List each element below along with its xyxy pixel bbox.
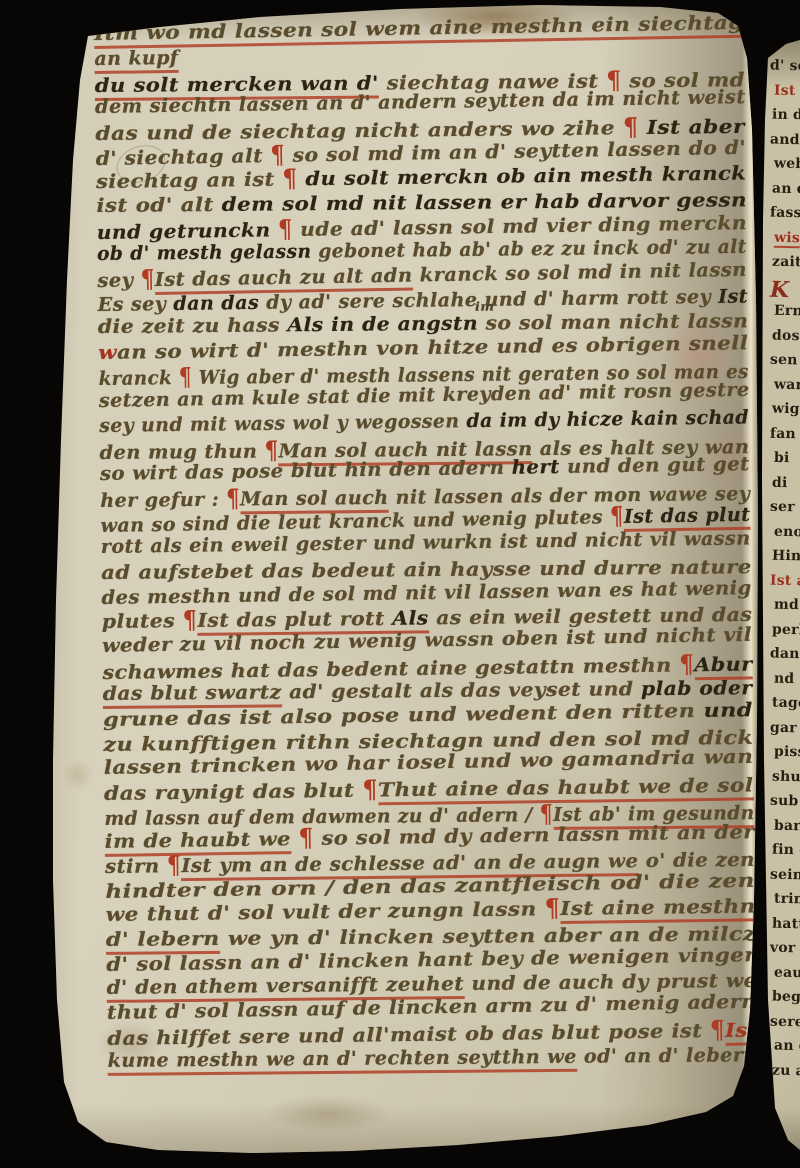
script-text: ist od' alt [96, 194, 222, 217]
rubric-underlined-text: d' lebern [106, 928, 220, 955]
edge-word-fragment: sen [770, 352, 798, 369]
script-text: od' an d' lebern [577, 1044, 758, 1068]
edge-word-fragment: wan [774, 376, 800, 393]
edge-word-fragment: trin [774, 891, 800, 908]
script-text: siechtag an ist [96, 168, 283, 192]
script-text: das raynigt das blut [104, 779, 363, 804]
edge-word-fragment: md a [774, 597, 800, 614]
edge-word-fragment: fin d [772, 842, 800, 859]
script-text: we thut d' sol vult der zungn lassn [106, 898, 545, 926]
rubric-underlined-text: Itm wo md lassen sol wem aine mesthn ein… [94, 12, 744, 49]
script-text: w [98, 342, 117, 364]
script-text: ad' gestalt als das veyset und [281, 678, 641, 703]
edge-word-fragment: in de [772, 107, 800, 124]
edge-word-fragment: gar [770, 719, 797, 736]
text-line: das raynigt das blut ¶Thut aine das haub… [104, 773, 754, 804]
script-text: hert [511, 456, 567, 479]
text-line: an kupf [94, 47, 178, 70]
edge-word-fragment: wigt [772, 401, 800, 418]
edge-word-fragment: d' sol [770, 58, 800, 75]
pilcrow-mark: ¶ [362, 776, 378, 803]
edge-word-fragment: Hin [772, 548, 800, 565]
edge-word-fragment: web r [774, 156, 800, 173]
edge-word-fragment: Ern [774, 303, 800, 320]
script-text: sey und mit wass wol y wegossen [99, 410, 466, 437]
edge-word-fragment: fassn [770, 205, 800, 222]
script-text: und getrunckn [97, 219, 279, 244]
pilcrow-mark: ¶ [544, 895, 560, 922]
pilcrow-mark: ¶ [610, 503, 624, 530]
edge-word-fragment: sub [770, 793, 799, 810]
script-text: so sol md dy adern lassn mit an der [314, 821, 755, 850]
rubric-underlined-text: an kupf [94, 47, 178, 74]
script-text: die zeit zu hass [98, 315, 288, 339]
text-line: kume mesthn we an d' rechten seytthn we … [107, 1044, 757, 1072]
script-text: so wirt das pose blut hin den adern [100, 457, 512, 485]
rubric-underlined-text: kume mesthn we an d' rechten seytthn we [107, 1046, 576, 1076]
script-text: kranck so sol md in nit lassn [412, 258, 747, 286]
edge-word-fragment: an de [772, 180, 800, 197]
script-text: plutes [102, 610, 183, 633]
script-text: o' die zen [638, 849, 755, 872]
text-line: Itm wo md lassen sol wem aine mesthn ein… [94, 12, 744, 45]
pilcrow-mark: ¶ [167, 852, 182, 879]
edge-word-fragment: and d [770, 131, 800, 148]
edge-word-fragment: dan d [770, 646, 800, 663]
script-text: so sol man nicht lassn [485, 311, 748, 335]
edge-word-fragment: di [772, 474, 788, 490]
text-block: Itm wo md lassen sol wem aine mesthn ein… [94, 15, 758, 1093]
edge-word-fragment: vor [770, 940, 796, 957]
rubric-underlined-text: Abur [694, 653, 753, 680]
script-text: sey [97, 269, 141, 292]
pilcrow-mark: ¶ [623, 114, 639, 141]
rubric-underlined-text: Thut aine das haubt we de sol [378, 774, 754, 805]
edge-word-fragment: tage [772, 695, 800, 712]
script-text: Als in de angstn [287, 313, 485, 337]
script-text: dan das [173, 292, 266, 315]
edge-word-fragment: ser [770, 499, 795, 516]
script-text: stirn [105, 856, 167, 879]
edge-word-fragment: Ist a [770, 572, 800, 589]
edge-word-fragment: eno [774, 523, 800, 540]
pilcrow-mark: ¶ [140, 265, 155, 292]
edge-word-fragment: hatt [772, 915, 800, 932]
edge-word-fragment: Ist n [774, 82, 800, 99]
script-text: kranck [99, 367, 179, 390]
edge-word-fragment: eaub [774, 964, 800, 981]
edge-word-fragment: wis [774, 229, 800, 248]
manuscript-photo: d' solIst nin deand dweb ran defassnwisz… [0, 0, 800, 1168]
pilcrow-mark: ¶ [226, 485, 240, 512]
rubric-underlined-text: Ist aine mesthn [560, 896, 756, 925]
edge-word-fragment: nd a [774, 670, 800, 687]
pilcrow-mark: ¶ [182, 606, 197, 633]
edge-word-fragment: fan [770, 425, 796, 442]
pilcrow-mark: ¶ [298, 824, 314, 851]
edge-word-fragment: zait [772, 254, 800, 271]
script-text: du solt merckn ob ain mesth kranck [297, 162, 746, 190]
edge-word-fragment: sein [770, 866, 800, 883]
pilcrow-mark: ¶ [282, 165, 298, 192]
edge-word-fragment: begis [772, 989, 800, 1006]
edge-word-fragment: piss [774, 744, 800, 761]
edge-word-fragment: bi [774, 450, 790, 466]
edge-word-fragment: shul [772, 768, 800, 785]
script-text: ob d' mesth gelassn [97, 241, 319, 265]
edge-word-fragment: zu as [772, 1062, 800, 1079]
pilcrow-mark: ¶ [679, 651, 694, 678]
edge-word-fragment: bar [774, 817, 800, 834]
rubric-underlined-text: Ist [725, 1020, 758, 1046]
pilcrow-mark: ¶ [278, 215, 293, 242]
script-text: her gefur : [100, 488, 226, 511]
edge-word-fragment: K [770, 278, 790, 300]
interlinear-note: im [475, 301, 494, 313]
script-text: plab oder [641, 677, 753, 700]
script-text: und den gut get [567, 453, 750, 478]
rubric-underlined-text: das blut swartz [103, 681, 282, 709]
script-text: Es sey [98, 293, 174, 316]
manuscript-page: Itm wo md lassen sol wem aine mesthn ein… [0, 0, 800, 1168]
edge-word-fragment: perk [772, 621, 800, 638]
script-text: Ist [718, 285, 748, 307]
pilcrow-mark: ¶ [179, 364, 193, 391]
script-text: d' siechtag alt [96, 145, 271, 170]
text-line: sey und mit wass wol y wegossen da im dy… [99, 407, 749, 438]
script-text: da im dy hicze kain schad [466, 407, 749, 433]
edge-word-fragment: dosn [772, 327, 800, 344]
pilcrow-mark: ¶ [710, 1017, 726, 1044]
script-text: und [703, 699, 753, 722]
edge-word-fragment: an de [774, 1038, 800, 1055]
edge-word-fragment: sere [770, 1013, 800, 1030]
